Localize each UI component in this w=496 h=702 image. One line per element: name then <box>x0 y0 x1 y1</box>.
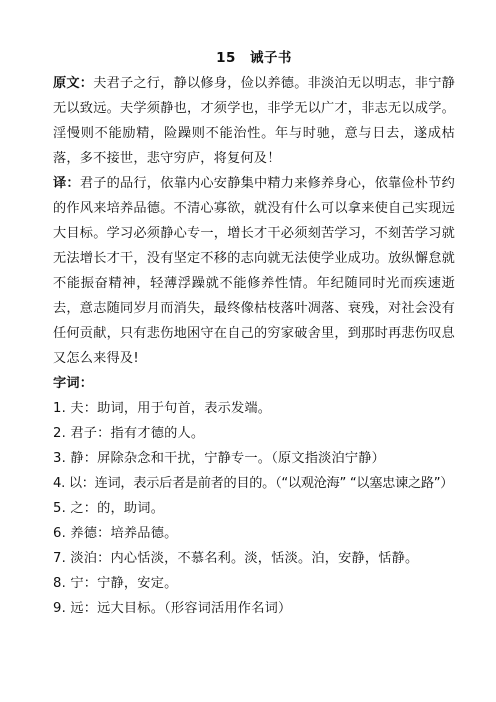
page-title: 15诫子书 <box>53 46 455 71</box>
translation-paragraph: 译：君子的品行，依靠内心安静集中精力来修养身心，依靠俭朴节约的作风来培养品德。不… <box>53 171 455 371</box>
glossary-item: 5. 之：的，助词。 <box>53 496 455 521</box>
glossary-item: 2. 君子：指有才德的人。 <box>53 421 455 446</box>
document-page: 15诫子书 原文：夫君子之行，静以修身，俭以养德。非淡泊无以明志，非宁静无以致远… <box>53 46 455 621</box>
translation-text: 君子的品行，依靠内心安静集中精力来修养身心，依靠俭朴节约的作风来培养品德。不清心… <box>53 176 455 366</box>
translation-label: 译： <box>53 176 80 191</box>
glossary-item: 1. 夫：助词，用于句首，表示发端。 <box>53 396 455 421</box>
glossary-item: 4. 以：连词，表示后者是前者的目的。（“以观沧海” “以塞忠谏之路”） <box>53 471 455 496</box>
lesson-title: 诫子书 <box>250 50 292 66</box>
glossary-item: 8. 宁：宁静，安定。 <box>53 571 455 596</box>
original-text: 夫君子之行，静以修身，俭以养德。非淡泊无以明志，非宁静无以致远。夫学须静也，才须… <box>53 76 455 166</box>
glossary-item: 7. 淡泊：内心恬淡，不慕名利。淡，恬淡。泊，安静，恬静。 <box>53 546 455 571</box>
glossary-item: 9. 远：远大目标。（形容词活用作名词） <box>53 596 455 621</box>
glossary-item: 6. 养德：培养品德。 <box>53 521 455 546</box>
glossary-heading: 字词： <box>53 371 455 396</box>
original-label: 原文： <box>53 76 93 91</box>
glossary-item: 3. 静：屏除杂念和干扰，宁静专一。（原文指淡泊宁静） <box>53 446 455 471</box>
original-text-paragraph: 原文：夫君子之行，静以修身，俭以养德。非淡泊无以明志，非宁静无以致远。夫学须静也… <box>53 71 455 171</box>
lesson-number: 15 <box>216 50 236 66</box>
